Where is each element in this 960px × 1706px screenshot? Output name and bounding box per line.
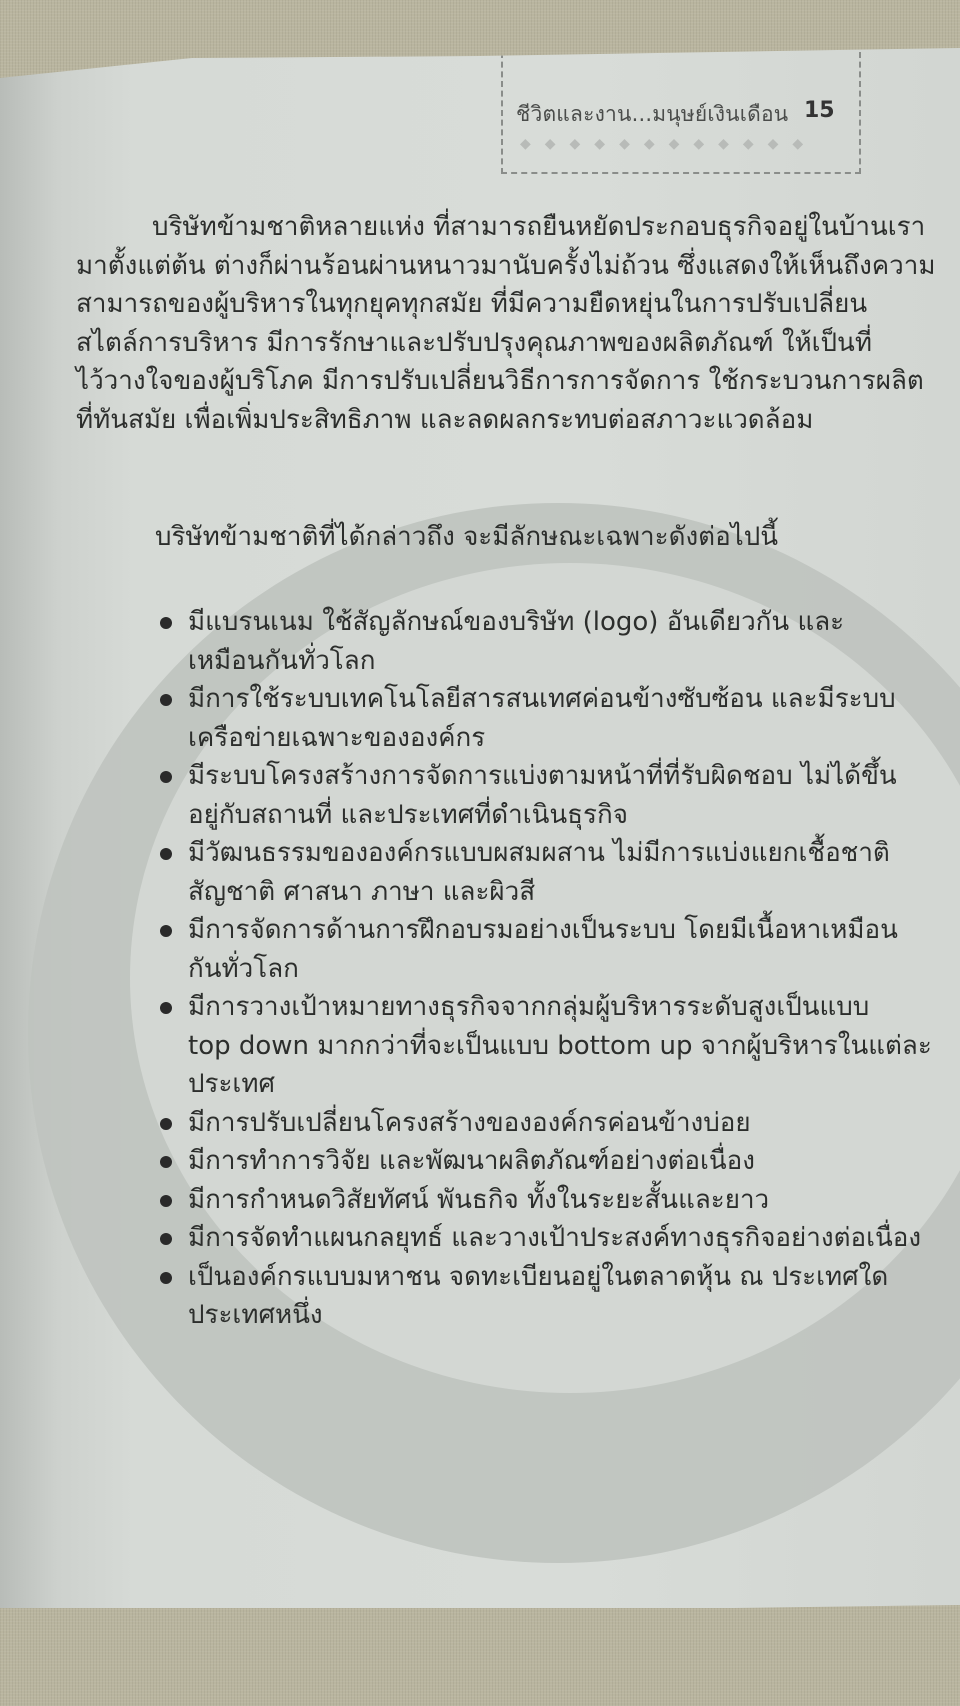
list-item: มีการวางเป้าหมายทางธุรกิจจากกลุ่มผู้บริห… bbox=[160, 988, 840, 1104]
bullet-icon bbox=[160, 1118, 172, 1130]
list-item: มีการจัดการด้านการฝึกอบรมอย่างเป็นระบบ โ… bbox=[160, 911, 840, 988]
page-number: 15 bbox=[804, 98, 835, 123]
characteristics-list: มีแบรนเนม ใช้สัญลักษณ์ของบริษัท (logo) อ… bbox=[160, 603, 840, 1335]
paragraph-line: ไว้วางใจของผู้บริโภค มีการปรับเปลี่ยนวิธ… bbox=[76, 362, 856, 401]
bullet-icon bbox=[160, 1272, 172, 1284]
bullet-icon bbox=[160, 1195, 172, 1207]
paragraph-line: สามารถของผู้บริหารในทุกยุคทุกสมัย ที่มีค… bbox=[76, 285, 856, 324]
list-item: มีการกำหนดวิสัยทัศน์ พันธกิจ ทั้งในระยะส… bbox=[160, 1181, 840, 1220]
bullet-icon bbox=[160, 1156, 172, 1168]
list-item: มีแบรนเนม ใช้สัญลักษณ์ของบริษัท (logo) อ… bbox=[160, 603, 840, 680]
paragraph-line: ที่ทันสมัย เพื่อเพิ่มประสิทธิภาพ และลดผล… bbox=[76, 401, 856, 440]
intro-paragraph: บริษัทข้ามชาติหลายแห่ง ที่สามารถยืนหยัดป… bbox=[76, 208, 856, 439]
bullet-icon bbox=[160, 694, 172, 706]
paragraph-line: มาตั้งแต่ต้น ต่างก็ผ่านร้อนผ่านหนาวมานับ… bbox=[76, 247, 856, 286]
book-page: ชีวิตและงาน...มนุษย์เงินเดือน 15 ◆◆◆◆◆◆◆… bbox=[0, 48, 960, 1608]
bullet-icon bbox=[160, 1002, 172, 1014]
list-item: มีวัฒนธรรมขององค์กรแบบผสมผสาน ไม่มีการแบ… bbox=[160, 834, 840, 911]
running-header-title: ชีวิตและงาน...มนุษย์เงินเดือน bbox=[516, 98, 788, 131]
list-item: มีการใช้ระบบเทคโนโลยีสารสนเทศค่อนข้างซับ… bbox=[160, 680, 840, 757]
bullet-icon bbox=[160, 848, 172, 860]
bullet-icon bbox=[160, 771, 172, 783]
decorative-dot-row: ◆◆◆◆◆◆◆◆◆◆◆◆ bbox=[520, 136, 817, 152]
list-item: มีการทำการวิจัย และพัฒนาผลิตภัณฑ์อย่างต่… bbox=[160, 1142, 840, 1181]
bullet-icon bbox=[160, 925, 172, 937]
list-item: เป็นองค์กรแบบมหาชน จดทะเบียนอยู่ในตลาดหุ… bbox=[160, 1258, 840, 1335]
paragraph-line: สไตล์การบริหาร มีการรักษาและปรับปรุงคุณภ… bbox=[76, 324, 856, 363]
paragraph-line: บริษัทข้ามชาติหลายแห่ง ที่สามารถยืนหยัดป… bbox=[76, 208, 856, 247]
list-item: มีระบบโครงสร้างการจัดการแบ่งตามหน้าที่ที… bbox=[160, 757, 840, 834]
list-item: มีการปรับเปลี่ยนโครงสร้างขององค์กรค่อนข้… bbox=[160, 1104, 840, 1143]
bullet-icon bbox=[160, 617, 172, 629]
list-item: มีการจัดทำแผนกลยุทธ์ และวางเป้าประสงค์ทา… bbox=[160, 1219, 840, 1258]
bullet-icon bbox=[160, 1233, 172, 1245]
list-intro: บริษัทข้ามชาติที่ได้กล่าวถึง จะมีลักษณะเ… bbox=[155, 518, 778, 557]
